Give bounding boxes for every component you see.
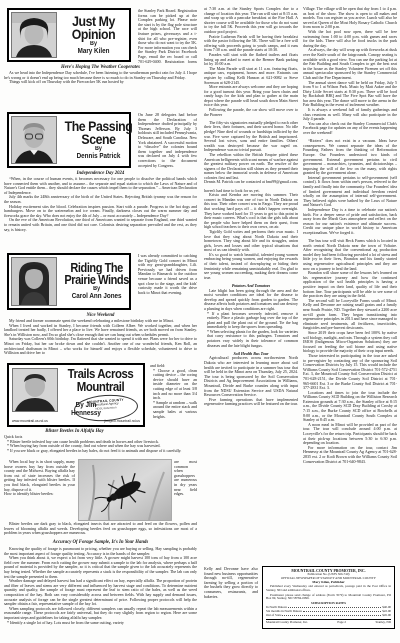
paragraph: at 7:30 a.m. at the Stanley Sports Compl… [204,7,298,35]
below-photo-text: Blister beetles are dark gray to black, … [4,522,197,538]
paragraph: How to identify blister beetles: [4,492,75,497]
dotted-leader [303,610,381,612]
website-text: www.mountrail.us.nd.us [12,419,48,423]
paragraph: Five farming operations that have implem… [204,398,298,407]
dotted-leader [288,606,381,608]
column-3-text: at 7:30 a.m. at the Stanley Sports Compl… [204,7,298,564]
paragraph: Holiday excitement stirs the blood. Cele… [4,205,197,219]
trails-contact-row: www.mountrail.us.nd.us jim@co.mountrail.… [12,419,140,423]
column-3-continuation-text: Kelly and Devonne have also found new bu… [204,567,258,635]
footer-city: Stanley, ND [375,621,391,625]
dennis-patrick-photo [11,116,57,164]
dotted-leader [282,614,381,616]
paragraph: Blister beetles are dark gray to black, … [4,522,197,536]
paragraph: “When, in the course of human events, it… [4,177,197,195]
prairie-winds-heading: Riding ThePrairie Winds By Carol Ann Jon… [60,262,133,301]
column-title: Riding ThePrairie Winds [64,262,128,286]
accuracy-body-text: Knowing the quality of forage is paramou… [4,547,197,639]
accuracy-subhead: Accuracy Of Forage Sample, It's In Your … [4,540,197,545]
paragraph: Dennis M. Patrick can be contacted at bm… [204,180,298,185]
paragraph: The fifty-six signatories mutually pledg… [204,121,298,153]
newspaper-page: Just MyOpinion By Mary Kilen the Stanley… [0,0,400,643]
paragraph: Kelly and Devonne have also found new bu… [204,567,258,599]
paragraph: Locations and times to join the tour inc… [303,391,397,423]
paragraph: * If a plant becomes severely infected, … [204,312,298,330]
paragraph: When local hay is in short supply, many … [4,460,75,492]
paragraph: Weather damage and delayed harvest has h… [4,579,197,607]
masthead-paragraph-2: Postmaster please send change of address… [266,594,391,602]
paragraph: On June 28 delegates had before them the… [138,113,197,168]
paragraph: With the hot pool now open, there will b… [303,30,397,48]
paragraph: Late blight has been going through the a… [204,289,298,312]
rpw-subhead: Nice Weekend [4,313,197,318]
ps-body-text: “When, in the course of human events, it… [4,177,197,250]
mary-kilen-photo [11,12,57,58]
paragraph: * When selecting plants for the garden, … [204,330,298,348]
blister-beetle-photo [78,459,172,521]
jmo-side-text: the Stanley Park Board. Registration for… [138,9,197,63]
paragraph: Internal government pertains to self-gov… [303,176,397,208]
rate-price: $45.00 [382,614,391,618]
rpw-side-text: I was already committed to catching the … [138,254,197,311]
paragraph: The annual street dance will be held on … [303,81,397,109]
paragraph: The Main Parade will start at 11 a.m. fe… [204,67,298,85]
paragraph: The second will be Loceyville Farms sout… [303,299,397,331]
carol-ann-jones-photo [11,257,57,306]
paragraph: It is always a weekend full of family ga… [303,108,397,122]
paragraph: Parades will start with the flatbed trai… [204,53,298,67]
paragraph: You can also check out the Stanley Comme… [303,122,397,136]
paragraph: the Stanley Park Board. Registration for… [138,9,197,63]
paragraph: are most common when grasshoppers are nu… [174,460,197,497]
column-title: Trails AcrossMountrail [66,368,136,393]
paragraph: When you think about it, we expect a lot… [4,556,197,579]
footer-page-number: Page 2 [337,621,346,625]
paragraph: More entrants are always welcome and the… [204,85,298,108]
masthead-box: MOUNTRAIL COUNTY PROMOTER, INC. Publicat… [262,566,395,629]
paragraph: Agricultural producers across northweste… [204,356,298,397]
beetle-right-text: are most common when grasshoppers are nu… [174,460,197,520]
rate-label: Out of State [266,614,281,618]
paragraph: Independence Day is a time to celebrate … [303,208,397,236]
paragraph: The bus tour will visit Beck Farms which… [303,239,397,271]
paragraph: * Identify a single lot of hay. Lots mus… [4,621,197,626]
paragraph: Brandon will share some of the lessons h… [303,271,397,299]
ps-side-text: On June 28 delegates had before them the… [138,113,197,169]
paragraph: Those interested in participating in the… [303,354,397,391]
paragraph: A noon meal in Minot will be provided as… [303,423,397,446]
subscription-rate-row: Out of State$45.00 [266,614,391,618]
subscription-rates-table: In North Dakota$40.00Six months in North… [266,606,391,617]
paragraph: Things will kick off on Thursday with th… [4,80,197,85]
paragraph: Tigirlily Gold writes and performs their… [204,230,298,253]
paragraph: When I lived and worked in Stanley, I be… [4,324,197,338]
ps-subhead: Independence Day 2024 [4,171,197,176]
masthead-paragraph-1: Published every Wednesday and entered as… [266,585,391,593]
column-byline: By Dennis Patrick [64,146,133,161]
email-text: jim@co.mountrail.nd.us [105,419,140,423]
column-4-text: Village. The village will be open that d… [303,7,397,564]
paragraph: * Choose a good, clean cutting device – … [150,369,197,401]
footer-paper-name: Mountrail County Promoter, Inc. [266,621,308,625]
paragraph: When sampling protocols are followed clo… [4,607,197,621]
trails-header-box: Trails AcrossMountrail By Jim Hennessy M… [7,363,145,427]
paragraph: Saturday was Colleen's 60th birthday. I'… [4,337,197,355]
paragraph: * Sample at random – walk around the ent… [150,401,197,419]
paragraph: Following the parade, the car show will … [204,108,298,117]
jmo-body-text: As we head into the Independence Day sch… [4,71,197,109]
paragraph: Krista and Kendra are moving this summer… [204,193,298,230]
passing-scene-heading: The PassingScene By Dennis Patrick [60,120,137,161]
paragraph: Village. The village will be open that d… [303,7,397,30]
tam-side-text: and field:* Choose a good, clean cutting… [150,364,197,428]
paragraph: For more information on the tour, contac… [303,446,397,464]
just-my-opinion-header-box: Just MyOpinion By Mary Kilen [7,8,131,62]
quick-facts-text: Quick facts* Blister beetle infested hay… [4,435,197,458]
paragraph: I was already committed to catching the … [138,254,197,295]
paragraph: Since 2019 their crops have been fed 100… [303,331,397,354]
passing-scene-header-box: The PassingScene By Dennis Patrick [7,112,131,168]
paragraph: The rebellion within the British Empire … [204,153,298,181]
masthead-footer-row: Mountrail County Promoter, Inc. Page 2 S… [266,619,391,625]
paragraph: As always, the day will wrap up with fir… [303,48,397,80]
prairie-winds-header-box: Riding ThePrairie Winds By Carol Ann Jon… [7,253,131,310]
column-byline: By Mary Kilen [63,41,123,56]
just-my-opinion-heading: Just MyOpinion By Mary Kilen [60,15,127,56]
column-byline: By Carol Ann Jones [64,286,130,301]
paragraph: On the eve of the American Revolution, o… [4,218,197,232]
paragraph: Prairie Lutheran Parish will be having t… [204,35,298,53]
paragraph: “Rioters” does not exist in a vacuum. Id… [303,139,397,176]
column-title: The PassingScene [65,120,133,146]
paragraph: It's so good to watch beautiful, talente… [204,253,298,281]
rpw-body-text: My friend and former roommate spent the … [4,319,197,360]
paragraph: * If you see black or gray, elongated be… [4,449,197,454]
beetle-left-text: When local hay is in short supply, many … [4,460,75,520]
jim-hennessy-photo [12,368,58,412]
jmo-subhead: Here's Hoping The Weather Cooperates [4,65,197,70]
tam-subhead: Blister Beetles In Alfalfa Hay [4,429,145,434]
column-title: Just MyOpinion [64,15,123,41]
